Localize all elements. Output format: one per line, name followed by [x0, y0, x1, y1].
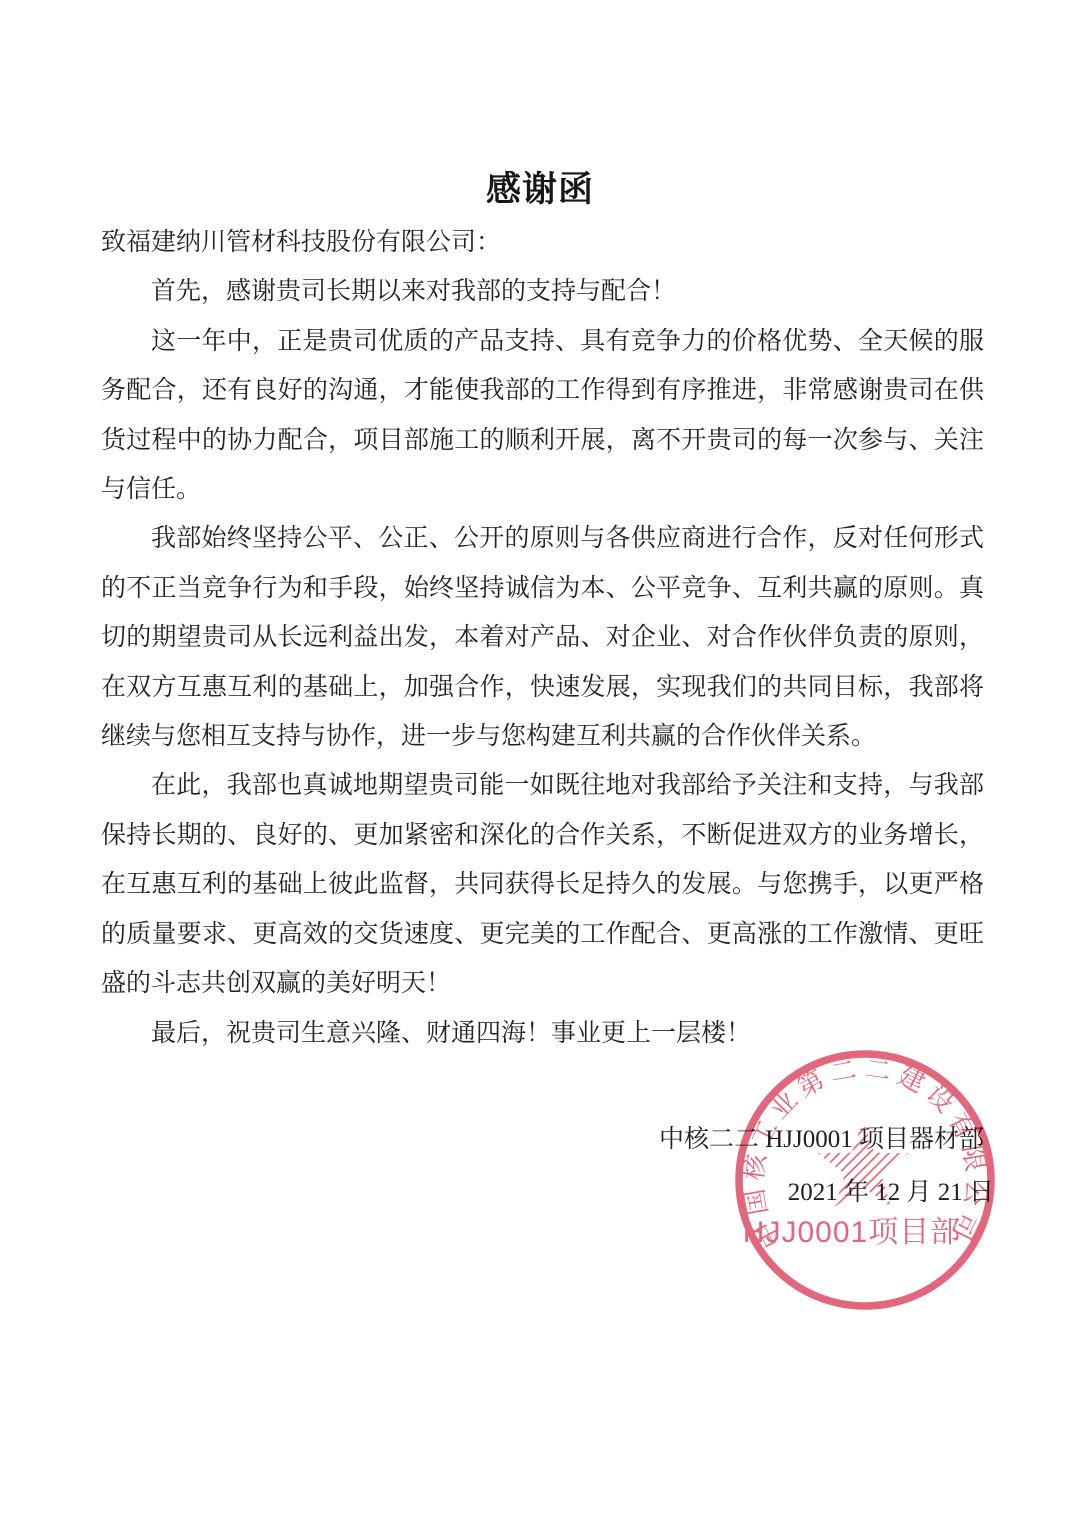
- seal-bottom-text: HJJ0001项目部: [743, 1216, 961, 1249]
- signature-org: 中核二二 HJJ0001 项目器材部: [659, 1113, 994, 1166]
- salutation-line: 致福建纳川管材科技股份有限公司：: [101, 218, 984, 267]
- signature-date: 2021 年 12 月 21 日: [659, 1166, 994, 1219]
- page-title: 感谢函: [0, 162, 1080, 212]
- body-paragraph: 首先，感谢贵司长期以来对我部的支持与配合！: [101, 267, 984, 316]
- body-paragraph: 最后，祝贵司生意兴隆、财通四海！事业更上一层楼！: [101, 1009, 984, 1058]
- letter-page: 感谢函 致福建纳川管材科技股份有限公司： 首先，感谢贵司长期以来对我部的支持与配…: [0, 0, 1080, 1528]
- signature-block: 中核二二 HJJ0001 项目器材部 2021 年 12 月 21 日: [659, 1113, 994, 1219]
- body-paragraph: 我部始终坚持公平、公正、公开的原则与各供应商进行合作，反对任何形式的不正当竞争行…: [101, 514, 984, 761]
- body-paragraph: 在此，我部也真诚地期望贵司能一如既往地对我部给予关注和支持，与我部保持长期的、良…: [101, 761, 984, 1008]
- letter-body: 致福建纳川管材科技股份有限公司： 首先，感谢贵司长期以来对我部的支持与配合！ 这…: [101, 218, 984, 1058]
- body-paragraph: 这一年中，正是贵司优质的产品支持、具有竞争力的价格优势、全天候的服务配合，还有良…: [101, 317, 984, 515]
